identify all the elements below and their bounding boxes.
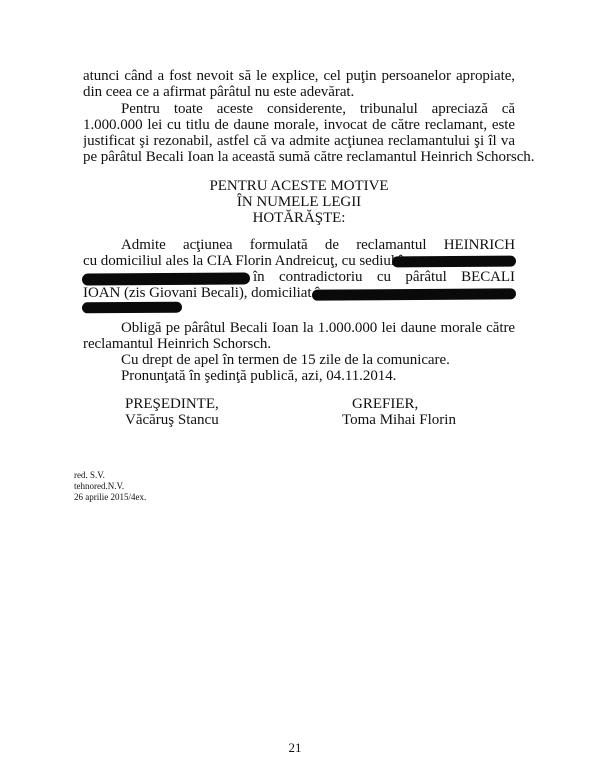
document-page: atunci când a fost nevoit să le explice,… — [0, 0, 590, 764]
heading-motive: PENTRU ACESTE MOTIVE — [83, 178, 515, 194]
paragraph-line: pe pârâtul Becali Ioan la această sumă c… — [83, 149, 515, 165]
paragraph-line: Pentru toate aceste considerente, tribun… — [83, 101, 515, 117]
page-number: 21 — [0, 740, 590, 756]
paragraph-line: reclamantul Heinrich Schorsch. — [83, 336, 515, 352]
redaction-mark — [82, 302, 182, 314]
paragraph-line: atunci când a fost nevoit să le explice,… — [83, 68, 515, 84]
redaction-mark — [312, 288, 516, 300]
paragraph-line: IOAN (zis Giovani Becali), domiciliat în — [83, 285, 327, 301]
paragraph-line: în contradictoriu cu pârâtul BECALI — [253, 269, 515, 285]
pronuntata-line: Pronunţată în şedinţă publică, azi, 04.1… — [83, 368, 515, 384]
paragraph-line: din ceea ce a afirmat pârâtul nu este ad… — [83, 84, 515, 100]
footer-note-red: red. S.V. — [74, 470, 105, 481]
paragraph-line: Obligă pe pârâtul Becali Ioan la 1.000.0… — [83, 320, 515, 336]
paragraph-line: 1.000.000 lei cu titlu de daune morale, … — [83, 117, 515, 133]
grefier-name: Toma Mihai Florin — [342, 412, 456, 428]
presedinte-name: Văcăruş Stancu — [125, 412, 219, 428]
paragraph-line: Admite acţiunea formulată de reclamantul… — [83, 237, 515, 253]
footer-note-tehnored: tehnored.N.V. — [74, 481, 124, 492]
heading-numele-legii: ÎN NUMELE LEGII — [83, 194, 515, 210]
footer-note-date: 26 aprilie 2015/4ex. — [74, 492, 146, 503]
paragraph-line: justificat şi rezonabil, astfel că va ad… — [83, 133, 515, 149]
paragraph-line: cu domiciliul ales la CIA Florin Andreic… — [83, 253, 410, 269]
redaction-mark — [82, 272, 250, 285]
grefier-title: GREFIER, — [352, 396, 418, 412]
presedinte-title: PREŞEDINTE, — [125, 396, 219, 412]
redaction-mark — [392, 256, 516, 268]
heading-hotaraste: HOTĂRĂŞTE: — [83, 210, 515, 226]
apel-line: Cu drept de apel în termen de 15 zile de… — [83, 352, 515, 368]
